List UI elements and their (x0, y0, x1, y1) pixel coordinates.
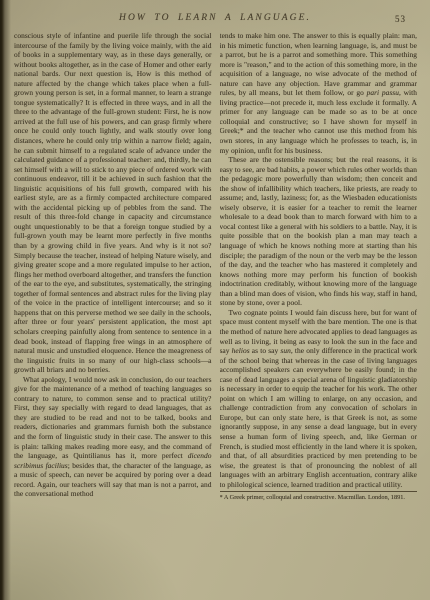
page-gutter-shadow (0, 0, 11, 600)
text-columns: conscious style of infantine and puerile… (14, 31, 417, 593)
paragraph: These are the ostensible reasons; but th… (220, 155, 418, 308)
left-column: conscious style of infantine and puerile… (14, 31, 212, 593)
text-segment: as to say (250, 346, 281, 355)
paragraph: conscious style of infantine and puerile… (14, 31, 212, 375)
right-column: tends to make him one. The answer to thi… (220, 31, 418, 593)
footnote: * A Greek primer, colloquial and constru… (220, 491, 418, 502)
italic-phrase: sun (280, 346, 290, 355)
page-header: HOW TO LEARN A LANGUAGE. 53 (0, 13, 430, 27)
running-title: HOW TO LEARN A LANGUAGE. (0, 13, 430, 23)
text-segment: , the only difference in the practical w… (220, 346, 418, 489)
book-page: HOW TO LEARN A LANGUAGE. 53 conscious st… (0, 0, 430, 600)
paragraph: Two cognate points I would fain discuss … (220, 308, 418, 489)
left-column-text: conscious style of infantine and puerile… (14, 31, 212, 499)
right-column-text: tends to make him one. The answer to thi… (220, 31, 418, 489)
paragraph: What apology, I would now ask in conclus… (14, 375, 212, 499)
text-segment: These are the ostensible reasons; but th… (220, 155, 418, 307)
page-number: 53 (395, 14, 406, 24)
footnote-text: * A Greek primer, colloquial and constru… (220, 494, 405, 501)
italic-phrase: helios (232, 346, 250, 355)
italic-phrase: pari passu (367, 88, 399, 97)
text-segment: , with living practice—not precede it, m… (220, 88, 418, 154)
paragraph: tends to make him one. The answer to thi… (220, 31, 418, 155)
text-segment: conscious style of infantine and puerile… (14, 31, 212, 374)
text-segment: What apology, I would now ask in conclus… (14, 375, 212, 460)
